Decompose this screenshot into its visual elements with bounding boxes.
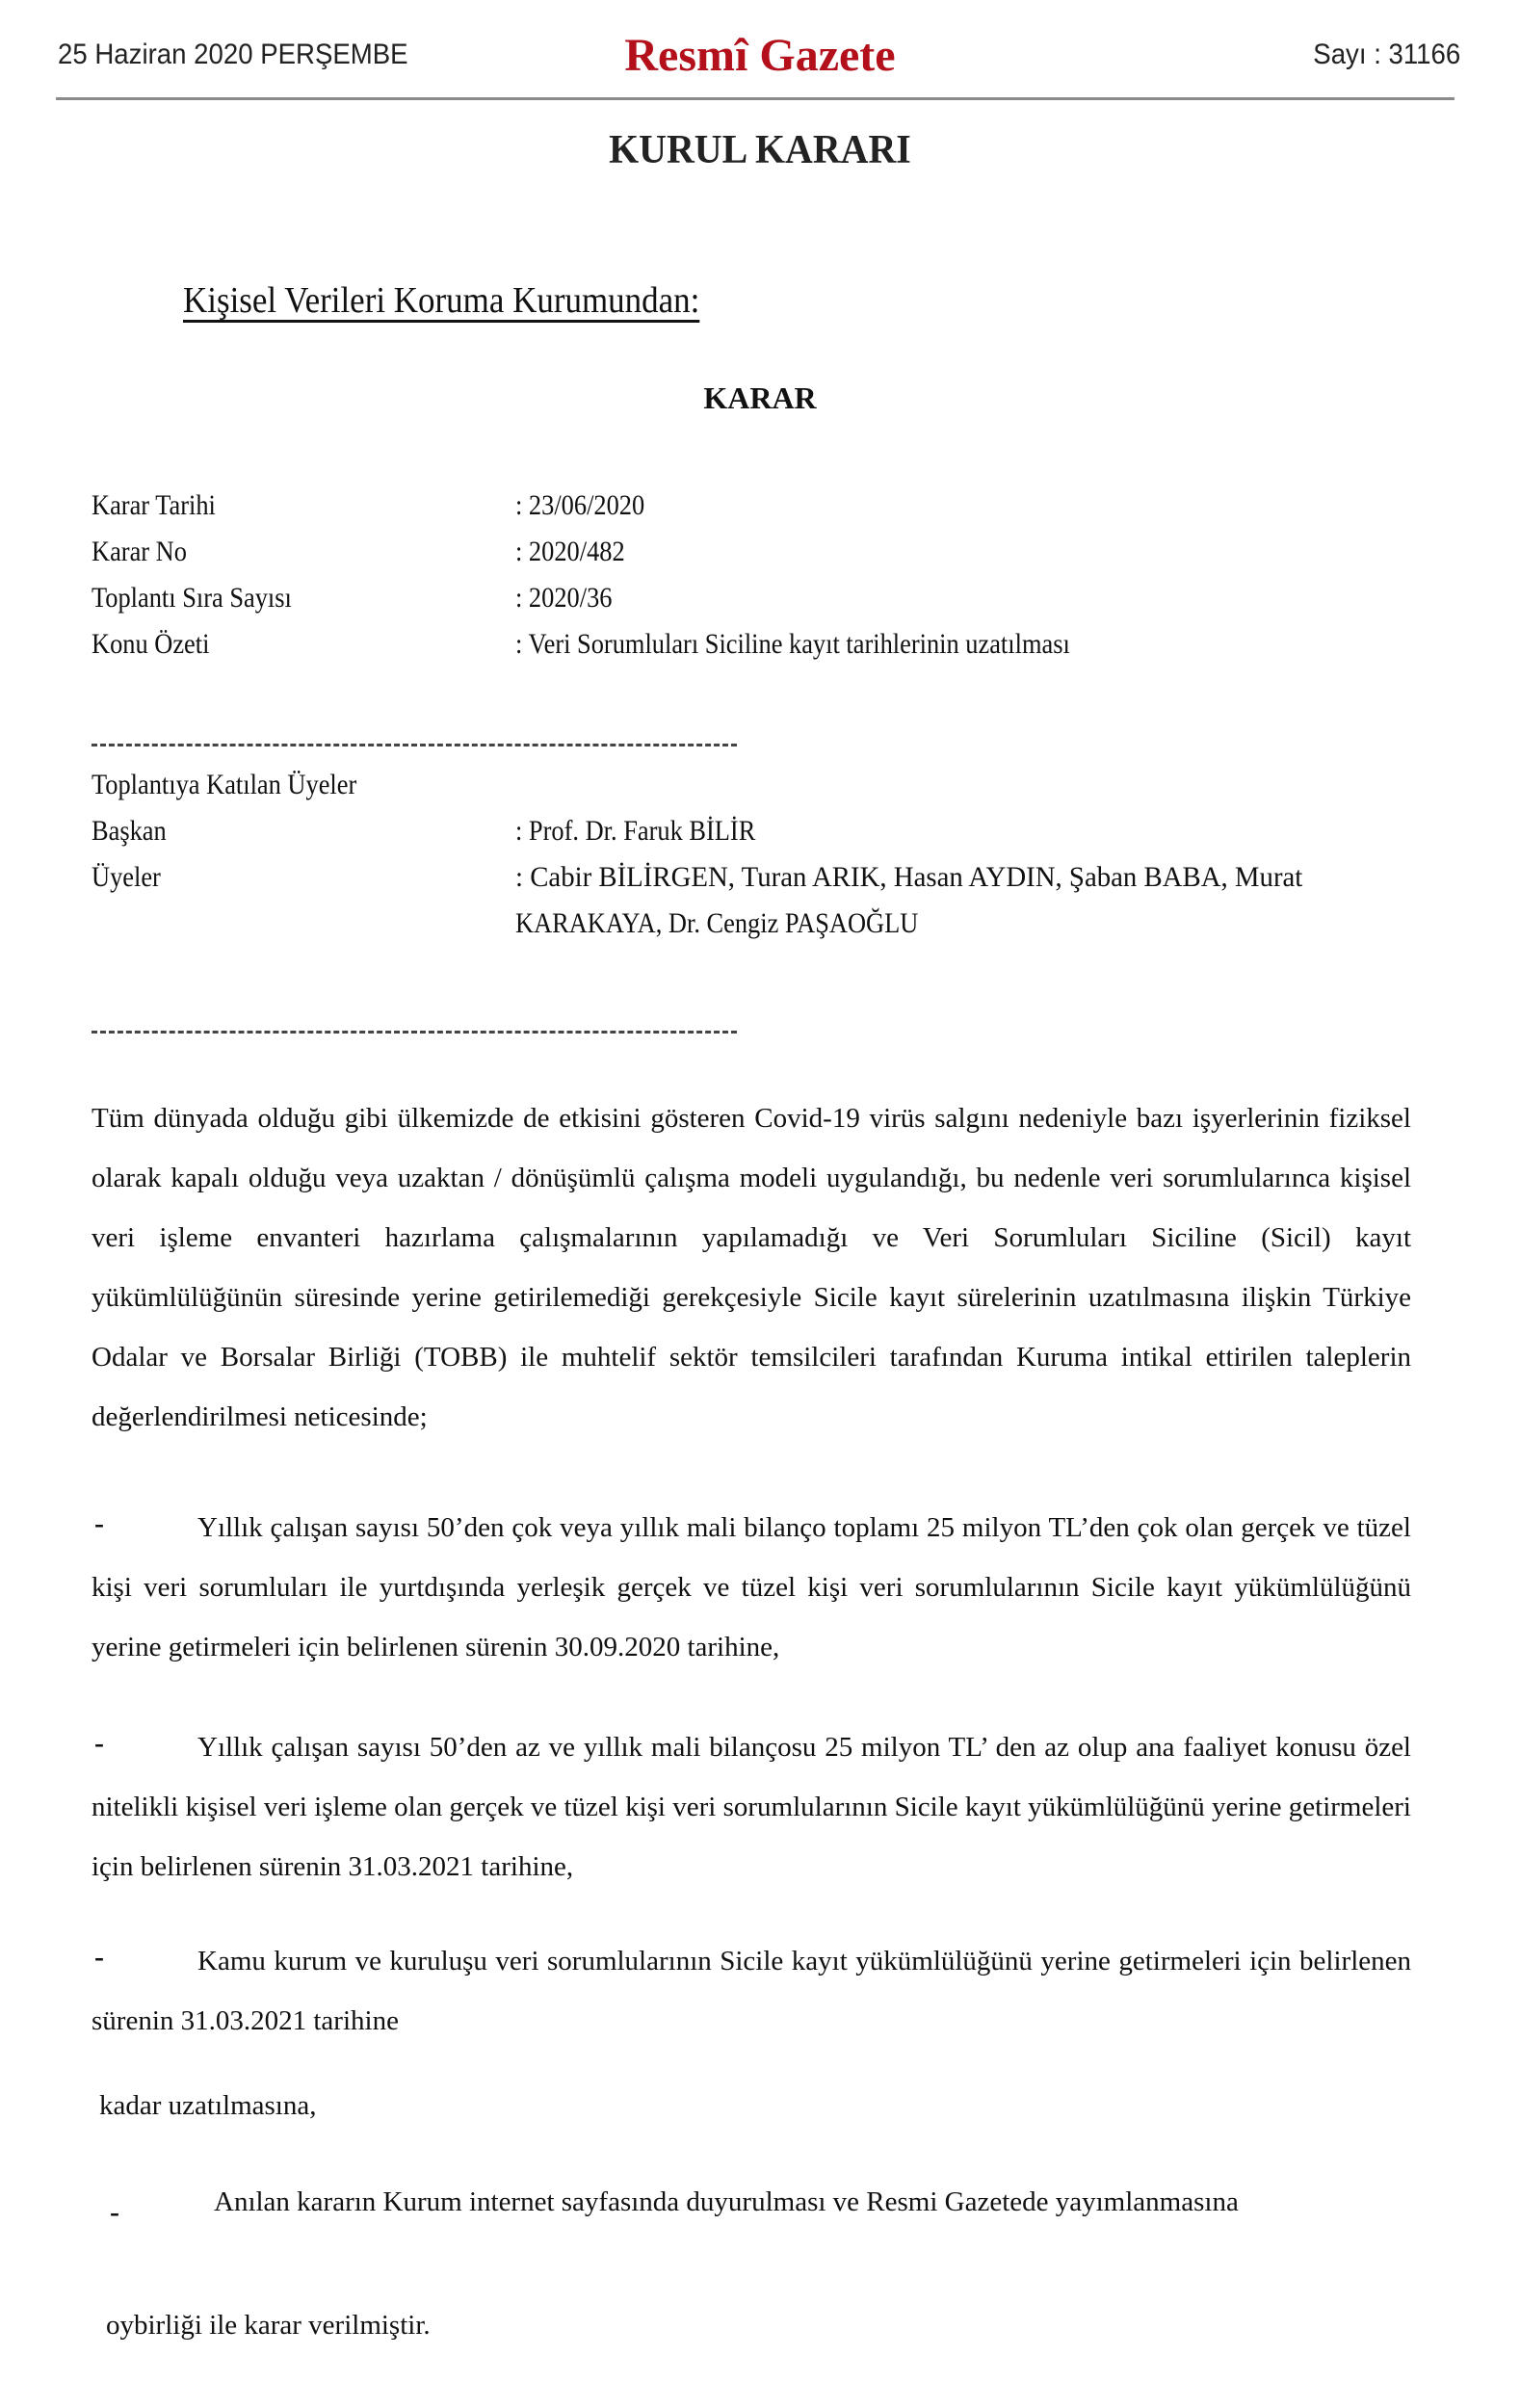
members-value-line2: KARAKAYA, Dr. Cengiz PAŞAOĞLU [515,907,918,940]
decision-item-text: Yıllık çalışan sayısı 50’den çok veya yı… [92,1498,1411,1677]
decision-item-text: Kamu kurum ve kuruluşu veri sorumluların… [92,1931,1411,2051]
chair-label: Başkan [92,815,167,848]
meta-label-number: Karar No [92,536,187,568]
intro-paragraph: Tüm dünyada olduğu gibi ülkemizde de etk… [92,1088,1411,1447]
meta-label-session: Toplantı Sıra Sayısı [92,582,292,615]
closing-statement: oybirliği ile karar verilmiştir. [106,2310,431,2342]
meta-value-session: : 2020/36 [515,582,612,615]
gazette-title: Resmî Gazete [0,29,1520,82]
bullet-marker: - [110,2196,119,2229]
dashed-divider [92,744,737,746]
decision-heading: KARAR [0,380,1520,416]
document-type: KURUL KARARI [38,127,1481,173]
issue-number: Sayı : 31166 [1313,39,1460,71]
decision-item-text: Yıllık çalışan sayısı 50’den az ve yıllı… [92,1717,1411,1897]
header-divider [56,97,1454,100]
meta-label-subject: Konu Özeti [92,628,209,661]
meta-value-subject: : Veri Sorumluları Siciline kayıt tarihl… [515,628,1070,661]
dashed-divider [92,1031,737,1034]
members-label: Üyeler [92,861,161,894]
meta-label-date: Karar Tarihi [92,489,216,522]
members-heading: Toplantıya Katılan Üyeler [92,769,356,801]
publication-item-text: Anılan kararın Kurum internet sayfasında… [214,2186,1239,2218]
members-value-line1: : Cabir BİLİRGEN, Turan ARIK, Hasan AYDI… [515,861,1302,894]
institution-heading: Kişisel Verileri Koruma Kurumundan: [183,279,699,322]
meta-value-number: : 2020/482 [515,536,625,568]
chair-value: : Prof. Dr. Faruk BİLİR [515,815,755,848]
extension-text: kadar uzatılmasına, [99,2090,316,2122]
meta-value-date: : 23/06/2020 [515,489,644,522]
